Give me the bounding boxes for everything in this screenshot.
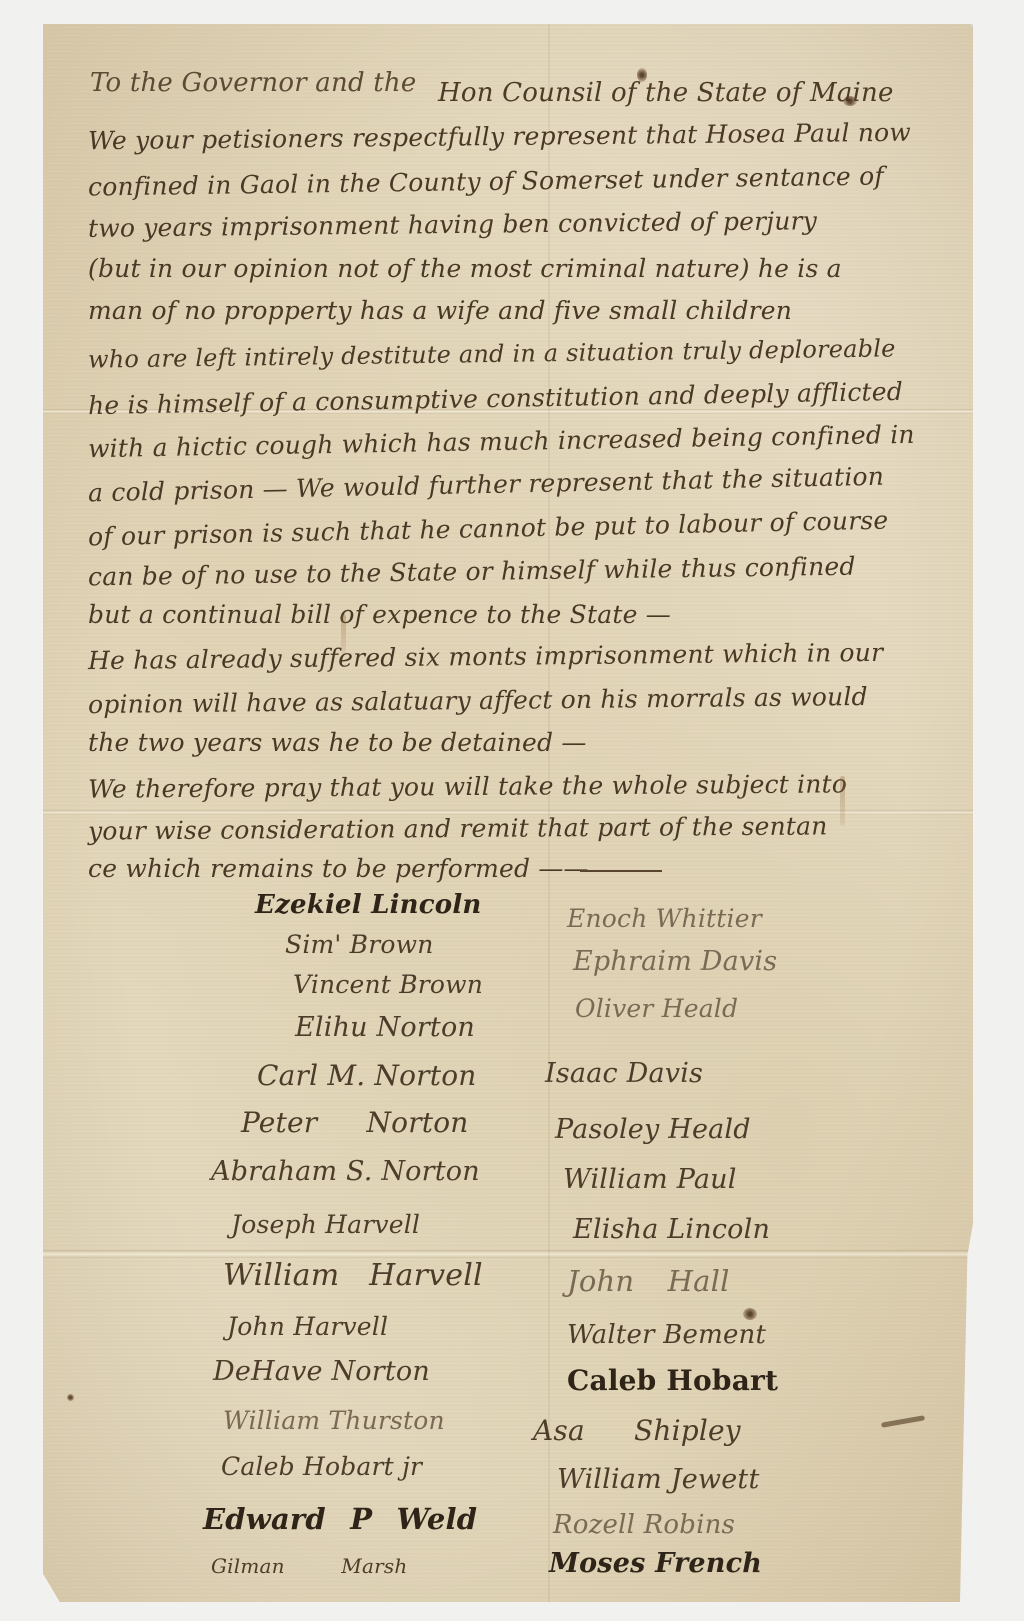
body-line: the two years was he to be detained — [88,728,587,757]
signature: Gilman Marsh [211,1554,407,1578]
signature: Joseph Harvell [231,1210,420,1239]
signature: Ezekiel Lincoln [255,890,482,920]
body-line: can be of no use to the State or himself… [88,552,856,592]
ink-blot [743,1308,757,1320]
signature: Walter Bement [567,1320,766,1350]
body-line: with a hictic cough which has much incre… [88,420,915,463]
body-line: of our prison is such that he cannot be … [88,506,889,552]
signature: Edward P Weld [203,1502,477,1536]
signature: Elisha Lincoln [573,1214,770,1245]
ink-dot [67,1394,74,1401]
signature: William Thurston [223,1406,445,1435]
body-line: two years imprisonment having ben convic… [88,206,817,243]
signature: John Harvell [227,1312,388,1341]
signature: Enoch Whittier [567,904,762,933]
petition-page: To the Governor and the Hon Counsil of t… [43,24,973,1602]
body-line: confined in Gaol in the County of Somers… [88,161,884,201]
body-line: We your petisioners respectfully represe… [88,118,911,156]
ink-stain [840,776,845,826]
ink-smudge [881,1415,925,1428]
signature: Pasoley Heald [555,1114,751,1145]
closing-dash [580,870,662,872]
signature: Caleb Hobart jr [221,1452,422,1481]
body-line: He has already suffered six monts impris… [88,638,883,675]
body-line: opinion will have as salatuary affect on… [88,682,868,719]
body-line: your wise consideration and remit that p… [88,811,828,845]
signature: William Harvell [223,1258,483,1293]
signature: William Jewett [557,1464,760,1495]
signature: Moses French [549,1548,762,1579]
body-line: ce which remains to be performed —— [88,854,589,883]
ink-blot [637,68,647,82]
body-line: man of no propperty has a wife and five … [88,296,792,325]
body-line: but a continual bill of expence to the S… [88,600,671,629]
signature: Abraham S. Norton [211,1156,480,1187]
signature: Caleb Hobart [567,1364,778,1397]
signature: Isaac Davis [545,1058,703,1089]
address-line-1: To the Governor and the [90,68,416,98]
ink-blot [843,96,857,106]
body-line: who are left intirely destitute and in a… [88,334,896,373]
signature: Asa Shipley [533,1414,741,1447]
signature: John Hall [567,1264,730,1298]
signature: Peter Norton [241,1106,469,1139]
body-line: (but in our opinion not of the most crim… [88,254,842,283]
signature: Elihu Norton [295,1012,475,1043]
signature: Sim' Brown [285,930,434,959]
body-line: We therefore pray that you will take the… [88,769,847,803]
signature: DeHave Norton [213,1356,430,1387]
fold-crease [43,1250,973,1258]
signature: Rozell Robins [553,1510,735,1540]
body-line: a cold prison — We would further represe… [88,462,885,508]
signature: William Paul [563,1164,737,1195]
signature: Ephraim Davis [573,946,777,977]
signature: Carl M. Norton [257,1059,477,1092]
address-line-2: Hon Counsil of the State of Maine [438,78,894,108]
signature: Vincent Brown [293,970,483,999]
signature: Oliver Heald [575,994,738,1023]
